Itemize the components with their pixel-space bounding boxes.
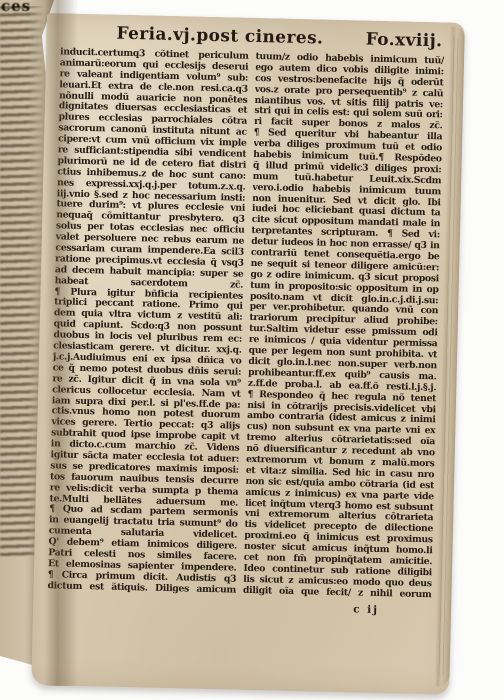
book-page: Feria.vj.post cineres. Fo.xviij. inducit… xyxy=(31,13,465,695)
book-photo: ces Feria.vj.post cineres. Fo.xviij. ind… xyxy=(0,0,504,700)
facing-page-header-fragment: ces xyxy=(1,0,31,15)
text-columns: inducit.certumq3 cõtinet periculumanimar… xyxy=(47,47,444,604)
text-column-left: inducit.certumq3 cõtinet periculumanimar… xyxy=(47,47,248,599)
page-content: Feria.vj.post cineres. Fo.xviij. inducit… xyxy=(47,22,445,617)
folio-number: Fo.xviij. xyxy=(366,30,443,52)
running-title: Feria.vj.post cineres. xyxy=(116,24,323,49)
text-column-right: tuum/z odio habebis inimicum tuũ/ego aut… xyxy=(243,52,444,604)
